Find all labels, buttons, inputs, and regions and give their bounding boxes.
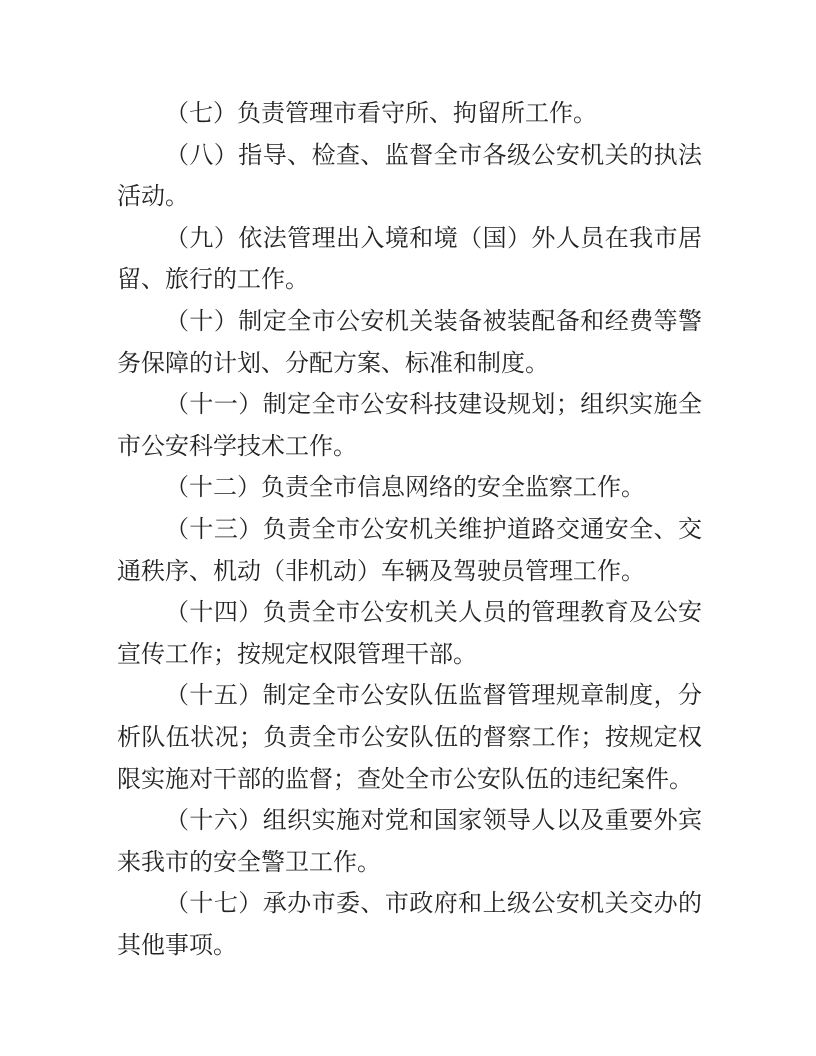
text-line: 活动。	[117, 177, 702, 219]
paragraph: （十六）组织实施对党和国家领导人以及重要外宾来我市的安全警卫工作。	[117, 801, 702, 884]
paragraph: （十五）制定全市公安队伍监督管理规章制度，分析队伍状况；负责全市公安队伍的督察工…	[117, 676, 702, 801]
text-line: （十）制定全市公安机关装备被装配备和经费等警	[117, 302, 702, 344]
text-line: （十四）负责全市公安机关人员的管理教育及公安	[117, 593, 702, 635]
text-line: （九）依法管理出入境和境（国）外人员在我市居	[117, 219, 702, 261]
paragraph: （十二）负责全市信息网络的安全监察工作。	[117, 468, 702, 510]
text-line: （十三）负责全市公安机关维护道路交通安全、交	[117, 510, 702, 552]
paragraph: （十七）承办市委、市政府和上级公安机关交办的其他事项。	[117, 884, 702, 967]
text-line: （十七）承办市委、市政府和上级公安机关交办的	[117, 884, 702, 926]
text-line: 其他事项。	[117, 926, 702, 968]
text-line: （十六）组织实施对党和国家领导人以及重要外宾	[117, 801, 702, 843]
paragraph: （八）指导、检查、监督全市各级公安机关的执法活动。	[117, 136, 702, 219]
paragraph: （七）负责管理市看守所、拘留所工作。	[117, 94, 702, 136]
text-line: 限实施对干部的监督；查处全市公安队伍的违纪案件。	[117, 760, 702, 802]
paragraph: （十一）制定全市公安科技建设规划；组织实施全市公安科学技术工作。	[117, 385, 702, 468]
paragraph: （十）制定全市公安机关装备被装配备和经费等警务保障的计划、分配方案、标准和制度。	[117, 302, 702, 385]
text-line: 市公安科学技术工作。	[117, 427, 702, 469]
text-line: 务保障的计划、分配方案、标准和制度。	[117, 344, 702, 386]
text-line: 析队伍状况；负责全市公安队伍的督察工作；按规定权	[117, 718, 702, 760]
document-page: （七）负责管理市看守所、拘留所工作。（八）指导、检查、监督全市各级公安机关的执法…	[0, 0, 816, 1056]
text-line: （八）指导、检查、监督全市各级公安机关的执法	[117, 136, 702, 178]
text-line: （七）负责管理市看守所、拘留所工作。	[117, 94, 702, 136]
paragraph: （九）依法管理出入境和境（国）外人员在我市居留、旅行的工作。	[117, 219, 702, 302]
paragraph: （十四）负责全市公安机关人员的管理教育及公安宣传工作；按规定权限管理干部。	[117, 593, 702, 676]
text-line: （十一）制定全市公安科技建设规划；组织实施全	[117, 385, 702, 427]
text-line: 来我市的安全警卫工作。	[117, 843, 702, 885]
paragraph: （十三）负责全市公安机关维护道路交通安全、交通秩序、机动（非机动）车辆及驾驶员管…	[117, 510, 702, 593]
text-line: 宣传工作；按规定权限管理干部。	[117, 635, 702, 677]
document-body: （七）负责管理市看守所、拘留所工作。（八）指导、检查、监督全市各级公安机关的执法…	[117, 94, 702, 967]
text-line: （十五）制定全市公安队伍监督管理规章制度，分	[117, 676, 702, 718]
text-line: 通秩序、机动（非机动）车辆及驾驶员管理工作。	[117, 552, 702, 594]
text-line: 留、旅行的工作。	[117, 260, 702, 302]
text-line: （十二）负责全市信息网络的安全监察工作。	[117, 468, 702, 510]
